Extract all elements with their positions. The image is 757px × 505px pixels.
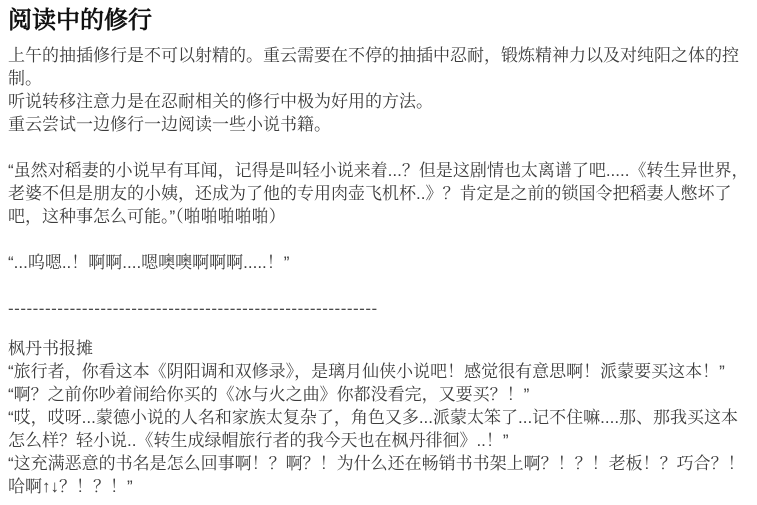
- paragraph-moans: “...呜嗯..！啊啊....嗯噢噢啊啊啊.....！”: [8, 251, 753, 274]
- paragraph-novel-comment: “虽然对稻妻的小说早有耳闻，记得是叫轻小说来着...？但是这剧情也太离谱了吧..…: [8, 159, 753, 228]
- scene-divider-dashes: ----------------------------------------…: [8, 297, 753, 320]
- paragraph-bookstand-dialogue: 枫丹书报摊 “旅行者，你看这本《阴阳调和双修录》，是璃月仙侠小说吧！感觉很有意思…: [8, 337, 753, 498]
- page-title: 阅读中的修行: [8, 6, 753, 36]
- document-page: 阅读中的修行 上午的抽插修行是不可以射精的。重云需要在不停的抽插中忍耐，锻炼精神…: [0, 0, 757, 498]
- paragraph-practice-intro: 上午的抽插修行是不可以射精的。重云需要在不停的抽插中忍耐，锻炼精神力以及对纯阳之…: [8, 44, 753, 136]
